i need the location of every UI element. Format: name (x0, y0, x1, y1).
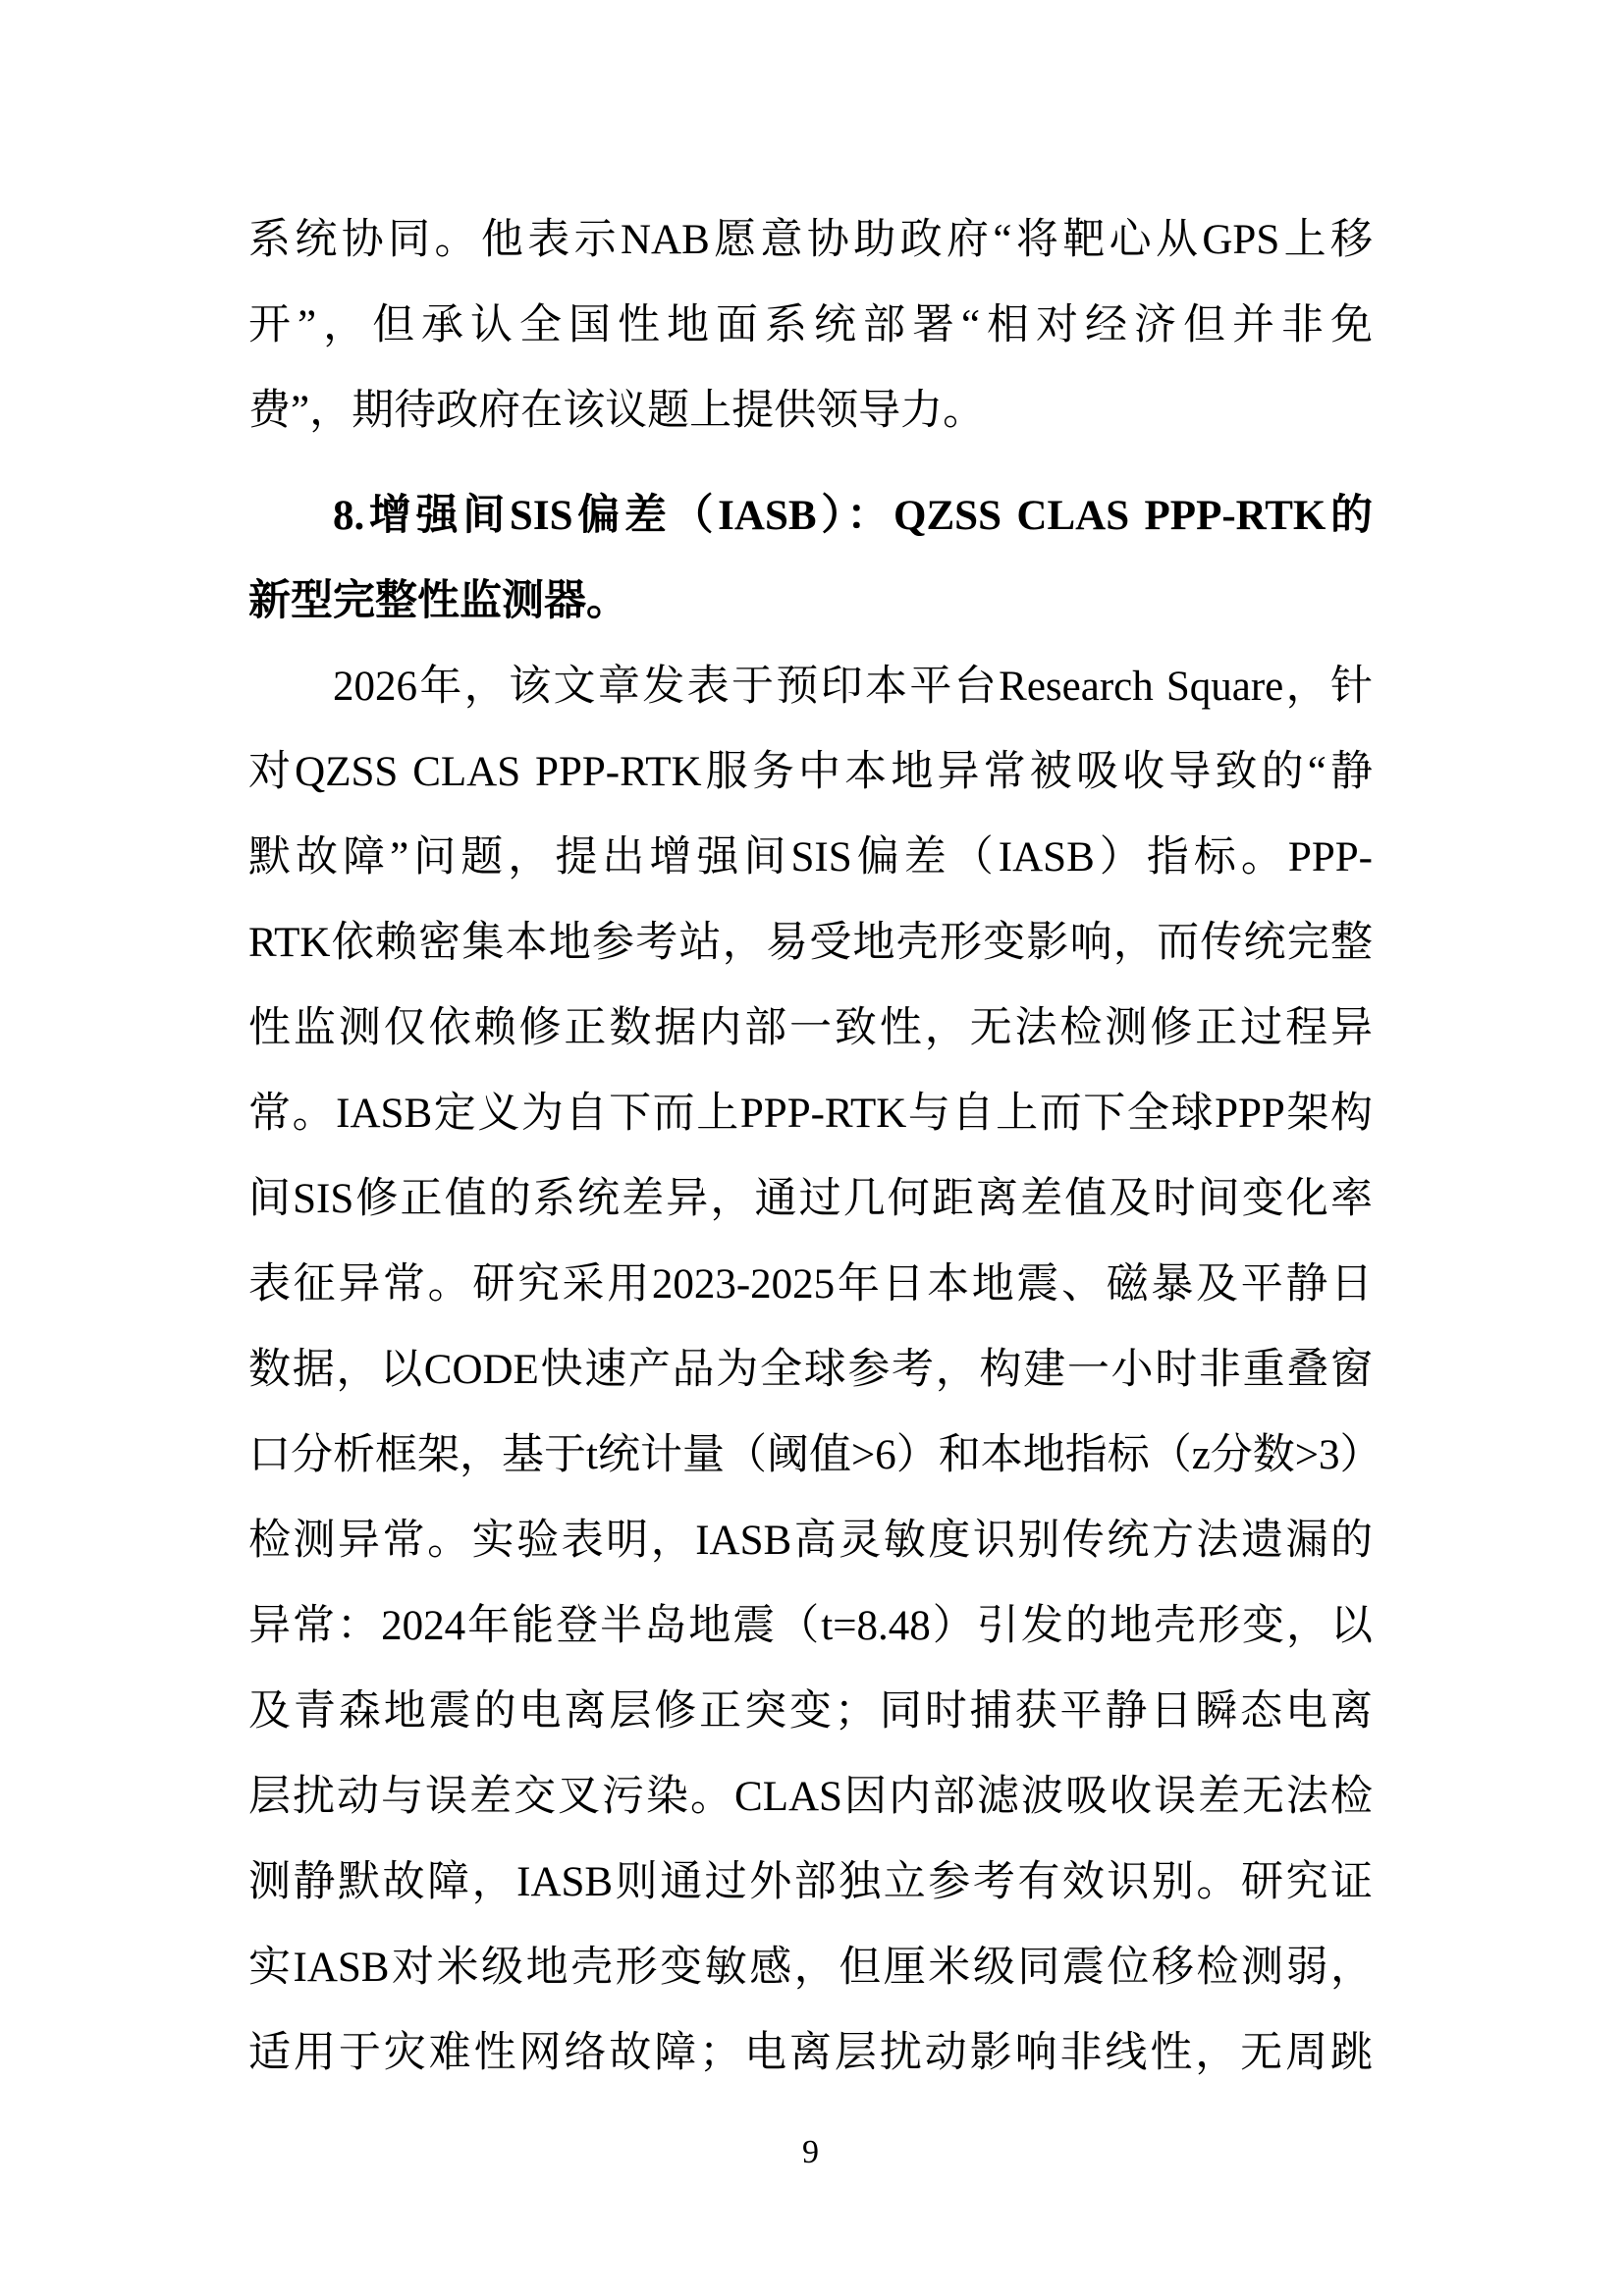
text-line: 间SIS修正值的系统差异，通过几何距离差值及时间变化率 (248, 1156, 1373, 1242)
section-heading-line: 新型完整性监测器。 (248, 559, 1373, 644)
document-page: 系统协同。他表示NAB愿意协助政府“将靶心从GPS上移 开”，但承认全国性地面系… (0, 0, 1624, 2296)
text-line: 数据，以CODE快速产品为全球参考，构建一小时非重叠窗 (248, 1327, 1373, 1413)
text-line: 2026年，该文章发表于预印本平台Research Square，针 (248, 644, 1373, 729)
text-line: 及青森地震的电离层修正突变；同时捕获平静日瞬态电离 (248, 1669, 1373, 1754)
text-line: 开”，但承认全国性地面系统部署“相对经济但并非免 (248, 283, 1373, 368)
text-line: 系统协同。他表示NAB愿意协助政府“将靶心从GPS上移 (248, 197, 1373, 283)
text-line: 口分析框架，基于t统计量（阈值>6）和本地指标（z分数>3） (248, 1413, 1373, 1498)
text-line: 层扰动与误差交叉污染。CLAS因内部滤波吸收误差无法检 (248, 1754, 1373, 1840)
paragraph-main: 2026年，该文章发表于预印本平台Research Square，针 对QZSS… (248, 644, 1373, 2096)
text-line: 对QZSS CLAS PPP-RTK服务中本地异常被吸收导致的“静 (248, 729, 1373, 815)
text-line: 费”，期待政府在该议题上提供领导力。 (248, 368, 1373, 454)
page-number: 9 (248, 2133, 1373, 2172)
text-line: 常。IASB定义为自下而上PPP-RTK与自上而下全球PPP架构 (248, 1071, 1373, 1156)
text-line: 默故障”问题，提出增强间SIS偏差（IASB）指标。PPP- (248, 815, 1373, 900)
text-line: 检测异常。实验表明，IASB高灵敏度识别传统方法遗漏的 (248, 1498, 1373, 1583)
text-line: 适用于灾难性网络故障；电离层扰动影响非线性，无周跳 (248, 2010, 1373, 2096)
paragraph-continuation: 系统协同。他表示NAB愿意协助政府“将靶心从GPS上移 开”，但承认全国性地面系… (248, 197, 1373, 454)
text-line: 异常：2024年能登半岛地震（t=8.48）引发的地壳形变，以 (248, 1583, 1373, 1669)
text-line: RTK依赖密集本地参考站，易受地壳形变影响，而传统完整 (248, 900, 1373, 986)
text-line: 表征异常。研究采用2023-2025年日本地震、磁暴及平静日 (248, 1242, 1373, 1327)
section-heading: 8.增强间SIS偏差（IASB）：QZSS CLAS PPP-RTK的 新型完整… (248, 473, 1373, 644)
text-line: 测静默故障，IASB则通过外部独立参考有效识别。研究证 (248, 1840, 1373, 1925)
text-line: 实IASB对米级地壳形变敏感，但厘米级同震位移检测弱， (248, 1925, 1373, 2010)
section-heading-line: 8.增强间SIS偏差（IASB）：QZSS CLAS PPP-RTK的 (248, 473, 1373, 559)
text-line: 性监测仅依赖修正数据内部一致性，无法检测修正过程异 (248, 986, 1373, 1071)
